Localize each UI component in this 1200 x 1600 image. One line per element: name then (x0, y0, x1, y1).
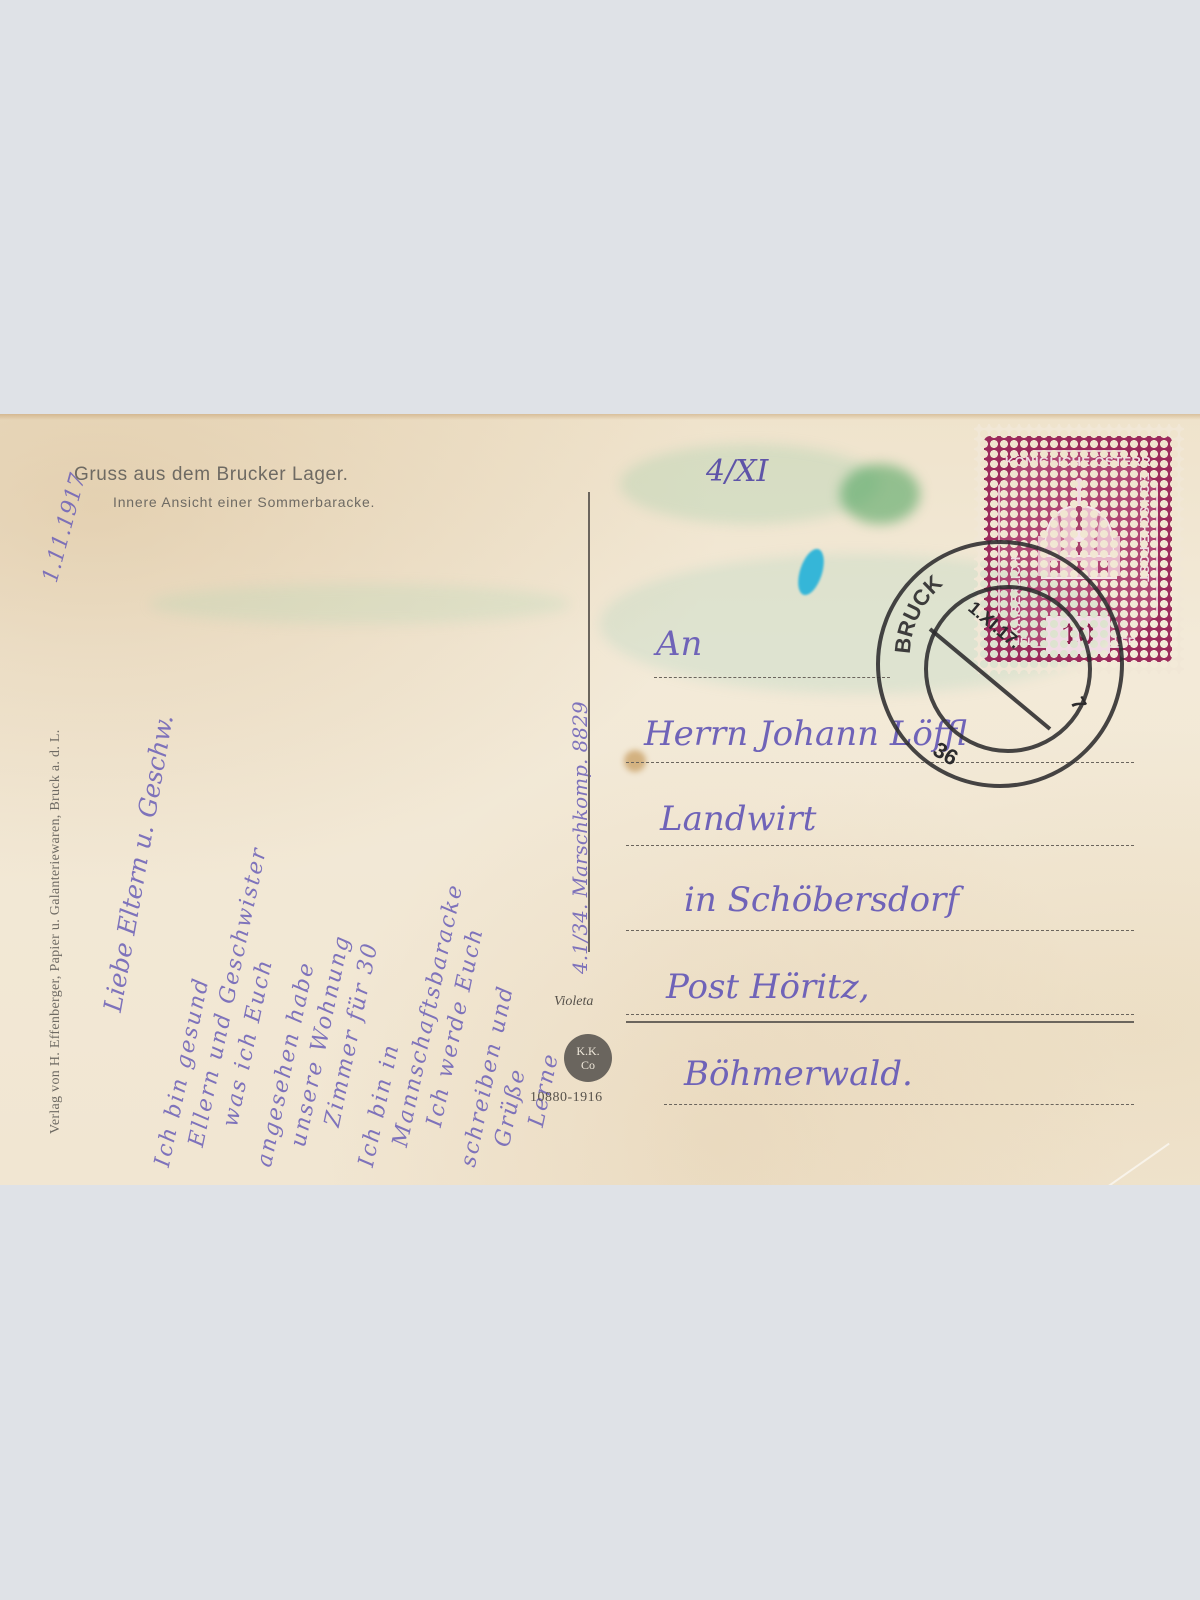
address-rule (626, 930, 1134, 931)
stamp-right-text: EICHISCHE POST (1137, 472, 1152, 582)
foxing-spot (624, 750, 646, 772)
card-edge-shading (0, 414, 1200, 420)
stamp-top-text: KÖNIGLICHE ÖSTERR (984, 454, 1172, 469)
address-line-1: An (656, 624, 702, 664)
seal-line-1: K.K. (576, 1044, 599, 1058)
print-code: 10880-1916 (530, 1090, 603, 1106)
address-rule (664, 1104, 1134, 1105)
printer-seal: K.K. Co (564, 1034, 612, 1082)
postcard-back: Gruss aus dem Brucker Lager. Innere Ansi… (0, 414, 1200, 1185)
publisher-line: Verlag von H. Effenberger, Papier u. Gal… (48, 729, 64, 1134)
handwritten-message: Ich bin gesundEllern und Geschwisterwas … (120, 424, 570, 1174)
ink-mark: Violeta (554, 994, 593, 1010)
svg-text:BRUCK: BRUCK (890, 570, 947, 655)
address-rule (626, 845, 1134, 846)
paper-crease (1070, 1143, 1169, 1185)
address-line-5: Post Höritz, (666, 967, 870, 1007)
divider-line (588, 492, 590, 952)
address-line-3: Landwirt (660, 799, 816, 839)
handwritten-date: 1.11.1917 (38, 471, 91, 586)
address-line-4: in Schöbersdorf (684, 880, 959, 920)
watercolor-stain (840, 464, 920, 524)
address-line-6: Böhmerwald. (684, 1054, 913, 1094)
address-rule (626, 1014, 1134, 1015)
filing-mark: 4/XI (706, 454, 768, 489)
postmark-cancellation: BRUCK 1.XI.17. 7 36 (870, 534, 1130, 794)
seal-line-2: Co (581, 1058, 595, 1072)
svg-text:1.XI.17.: 1.XI.17. (964, 597, 1024, 652)
address-rule-solid (626, 1021, 1134, 1023)
address-rule (654, 677, 890, 678)
